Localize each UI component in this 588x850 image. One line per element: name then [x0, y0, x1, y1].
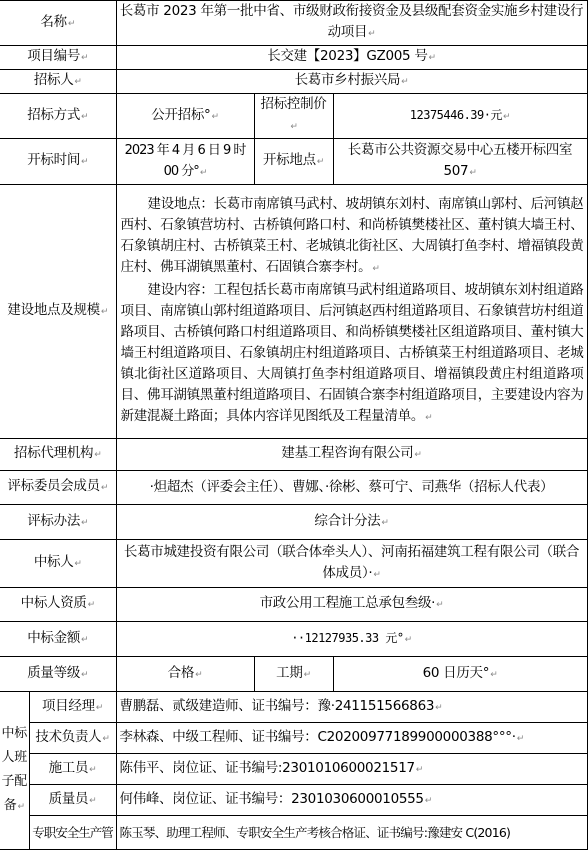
bid-result-table: 名称↵ 长葛市 2023 年第一批中省、市级财政衔接资金及县级配套资金实施乡村建… [0, 0, 588, 822]
row-evaluation: 评标办法↵ 综合计分法↵ [0, 505, 587, 540]
row-amount: 中标金额↵ ··12127935.33 元°↵ [0, 622, 587, 657]
label-method: 招标方式↵ [0, 94, 116, 139]
value-opening-place: 长葛市公共资源交易中心五楼开标四室 507↵ [333, 139, 587, 185]
row-project-no: 项目编号↵ 长交建【2023】GZ005 号↵ [0, 46, 587, 70]
value-opening-time: 2023 年 4 月 6 日 9 时 00 分°↵ [116, 139, 254, 185]
row-winner: 中标人↵ 长葛市城建投资有限公司（联合体牵头人）、河南拓福建筑工程有限公司（联合… [0, 540, 587, 588]
row-site: 建设地点及规模↵ 建设地点：长葛市南席镇马武村、坡胡镇东刘村、南席镇山郭村、后河… [0, 185, 587, 439]
team-detail: 陈玉琴、助理工程师、专职安全生产考核合格证、证书编号:豫建安 C(2016) [116, 816, 587, 823]
label-name: 名称↵ [0, 1, 116, 46]
team-row: 质量员↵ 何伟峰、岗位证、证书编号：2301030600010555↵ [0, 785, 587, 816]
value-site: 建设地点：长葛市南席镇马武村、坡胡镇东刘村、南席镇山郭村、后河镇赵西村、石象镇营… [116, 185, 587, 439]
team-role: 质量员↵ [29, 785, 116, 816]
team-detail: 曹鹏磊、贰级建造师、证书编号：豫·241151566863↵ [116, 692, 587, 723]
label-winner: 中标人↵ [0, 540, 116, 588]
value-name: 长葛市 2023 年第一批中省、市级财政衔接资金及县级配套资金实施乡村建设行动项… [116, 1, 587, 46]
label-agency: 招标代理机构↵ [0, 439, 116, 471]
team-detail: 李林森、中级工程师、证书编号：C20200977189900000388°°°·… [116, 723, 587, 754]
value-method: 公开招标°↵ [116, 94, 254, 139]
value-winner: 长葛市城建投资有限公司（联合体牵头人）、河南拓福建筑工程有限公司（联合体成员）·… [116, 540, 587, 588]
team-role: 项目经理↵ [29, 692, 116, 723]
label-evaluation: 评标办法↵ [0, 505, 116, 540]
team-row: 专职安全生产管 陈玉琴、助理工程师、专职安全生产考核合格证、证书编号:豫建安 C… [0, 816, 587, 823]
team-detail: 陈伟平、岗位证、证书编号:2301010600021517↵ [116, 754, 587, 785]
label-tenderer: 招标人↵ [0, 70, 116, 94]
label-opening-place: 开标地点↵ [254, 139, 333, 185]
team-detail: 何伟峰、岗位证、证书编号：2301030600010555↵ [116, 785, 587, 816]
value-committee: ·炟超杰（评委会主任）、曹娜、·徐彬、蔡可宁、司燕华（招标人代表） [116, 471, 587, 505]
site-content: 建设内容：工程包括长葛市南席镇马武村组道路项目、坡胡镇东刘村组道路项目、南席镇山… [121, 280, 584, 429]
row-agency: 招标代理机构↵ 建基工程咨询有限公司↵ [0, 439, 587, 471]
value-amount: ··12127935.33 元°↵ [116, 622, 587, 657]
team-role: 专职安全生产管 [29, 816, 116, 823]
row-name: 名称↵ 长葛市 2023 年第一批中省、市级财政衔接资金及县级配套资金实施乡村建… [0, 1, 587, 46]
row-tenderer: 招标人↵ 长葛市乡村振兴局↵ [0, 70, 587, 94]
team-role: 施工员↵ [29, 754, 116, 785]
value-period: 60 日历天°↵ [333, 657, 587, 692]
site-location: 建设地点：长葛市南席镇马武村、坡胡镇东刘村、南席镇山郭村、后河镇赵西村、石象镇营… [121, 194, 584, 280]
label-committee: 评标委员会成员↵ [0, 471, 116, 505]
value-quality: 合格↵ [116, 657, 254, 692]
team-role: 技术负责人↵ [29, 723, 116, 754]
row-quality: 质量等级↵ 合格↵ 工期↵ 60 日历天°↵ [0, 657, 587, 692]
label-opening-time: 开标时间↵ [0, 139, 116, 185]
team-row: 技术负责人↵ 李林森、中级工程师、证书编号：C20200977189900000… [0, 723, 587, 754]
value-agency: 建基工程咨询有限公司↵ [116, 439, 587, 471]
value-qualification: 市政公用工程施工总承包叁级·↵ [116, 588, 587, 622]
row-method: 招标方式↵ 公开招标°↵ 招标控制价↵ 12375446.39·元↵ [0, 94, 587, 139]
team-row: 施工员↵ 陈伟平、岗位证、证书编号:2301010600021517↵ [0, 754, 587, 785]
label-control-price: 招标控制价↵ [254, 94, 333, 139]
label-amount: 中标金额↵ [0, 622, 116, 657]
value-control-price: 12375446.39·元↵ [333, 94, 587, 139]
label-site: 建设地点及规模↵ [0, 185, 116, 439]
team-row: 中标人班子配备↵ 项目经理↵ 曹鹏磊、贰级建造师、证书编号：豫·24115156… [0, 692, 587, 723]
label-team-group: 中标人班子配备↵ [0, 692, 29, 823]
label-qualification: 中标人资质↵ [0, 588, 116, 622]
row-committee: 评标委员会成员↵ ·炟超杰（评委会主任）、曹娜、·徐彬、蔡可宁、司燕华（招标人代… [0, 471, 587, 505]
label-period: 工期↵ [254, 657, 333, 692]
value-evaluation: 综合计分法↵ [116, 505, 587, 540]
value-tenderer: 长葛市乡村振兴局↵ [116, 70, 587, 94]
row-qualification: 中标人资质↵ 市政公用工程施工总承包叁级·↵ [0, 588, 587, 622]
label-quality: 质量等级↵ [0, 657, 116, 692]
value-project-no: 长交建【2023】GZ005 号↵ [116, 46, 587, 70]
row-opening: 开标时间↵ 2023 年 4 月 6 日 9 时 00 分°↵ 开标地点↵ 长葛… [0, 139, 587, 185]
label-project-no: 项目编号↵ [0, 46, 116, 70]
